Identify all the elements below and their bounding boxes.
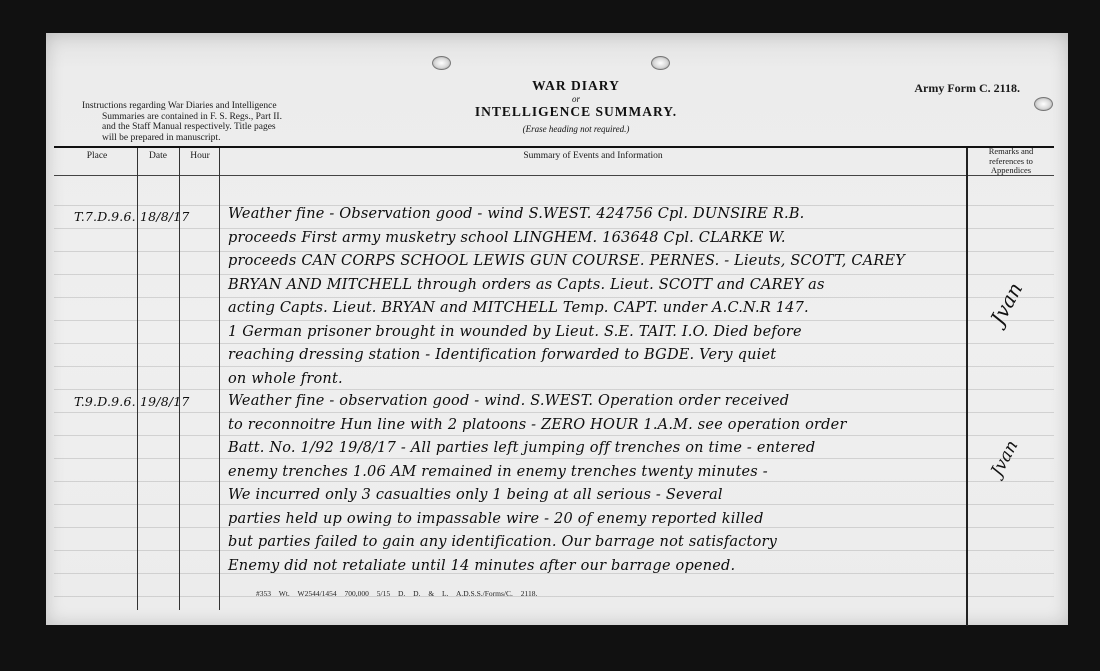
summary-line: but parties failed to gain any identific… bbox=[228, 531, 968, 555]
punch-hole-side bbox=[1034, 97, 1053, 111]
summary-line: reaching dressing station - Identificati… bbox=[228, 344, 968, 368]
remarks-header-line: Appendices bbox=[968, 166, 1054, 176]
form-instructions: Instructions regarding War Diaries and I… bbox=[82, 101, 372, 143]
entry-summary: Weather fine - observation good - wind. … bbox=[228, 390, 968, 578]
entry-date: 19/8/17 bbox=[140, 394, 190, 409]
summary-line: Weather fine - Observation good - wind S… bbox=[228, 203, 968, 227]
punch-hole-left bbox=[432, 56, 451, 70]
instructions-line: will be prepared in manuscript. bbox=[82, 133, 372, 144]
column-header-place: Place bbox=[60, 151, 134, 161]
title-note: (Erase heading not required.) bbox=[426, 124, 726, 134]
entry-summary: Weather fine - Observation good - wind S… bbox=[228, 203, 968, 391]
summary-line: acting Capts. Lieut. BRYAN and MITCHELL … bbox=[228, 297, 968, 321]
column-header-remarks: Remarks and references to Appendices bbox=[968, 147, 1054, 176]
form-number: Army Form C. 2118. bbox=[914, 81, 1020, 96]
title-or: or bbox=[426, 94, 726, 104]
column-header-rule bbox=[54, 175, 1054, 176]
page-title: WAR DIARY bbox=[426, 78, 726, 94]
summary-line: proceeds First army musketry school LING… bbox=[228, 227, 968, 251]
summary-line: enemy trenches 1.06 AM remained in enemy… bbox=[228, 461, 968, 485]
form-imprint: #353 Wt. W2544/1454 700,000 5/15 D. D. &… bbox=[256, 589, 537, 598]
summary-line: Batt. No. 1/92 19/8/17 - All parties lef… bbox=[228, 437, 968, 461]
form-title-block: WAR DIARY or INTELLIGENCE SUMMARY. (Eras… bbox=[426, 78, 726, 134]
entry-place: T.9.D.9.6. bbox=[74, 394, 136, 409]
summary-line: 1 German prisoner brought in wounded by … bbox=[228, 321, 968, 345]
header-rule bbox=[54, 146, 1054, 148]
column-header-date: Date bbox=[138, 151, 178, 161]
column-header-summary: Summary of Events and Information bbox=[222, 151, 964, 161]
entry-date: 18/8/17 bbox=[140, 209, 190, 224]
punch-hole-right bbox=[651, 56, 670, 70]
summary-line: proceeds CAN CORPS SCHOOL LEWIS GUN COUR… bbox=[228, 250, 968, 274]
summary-line: Weather fine - observation good - wind. … bbox=[228, 390, 968, 414]
summary-line: BRYAN AND MITCHELL through orders as Cap… bbox=[228, 274, 968, 298]
instructions-line: Summaries are contained in F. S. Regs., … bbox=[82, 112, 372, 123]
page-subtitle: INTELLIGENCE SUMMARY. bbox=[426, 104, 726, 120]
column-divider bbox=[137, 148, 138, 610]
war-diary-page: Instructions regarding War Diaries and I… bbox=[46, 33, 1068, 625]
summary-line: parties held up owing to impassable wire… bbox=[228, 508, 968, 532]
column-divider bbox=[219, 148, 220, 610]
instructions-line: and the Staff Manual respectively. Title… bbox=[82, 122, 372, 133]
summary-line: on whole front. bbox=[228, 368, 968, 392]
summary-line: to reconnoitre Hun line with 2 platoons … bbox=[228, 414, 968, 438]
column-header-hour: Hour bbox=[180, 151, 220, 161]
entry-place: T.7.D.9.6. bbox=[74, 209, 136, 224]
summary-line: We incurred only 3 casualties only 1 bei… bbox=[228, 484, 968, 508]
instructions-line: Instructions regarding War Diaries and I… bbox=[82, 101, 372, 112]
summary-line: Enemy did not retaliate until 14 minutes… bbox=[228, 555, 968, 579]
